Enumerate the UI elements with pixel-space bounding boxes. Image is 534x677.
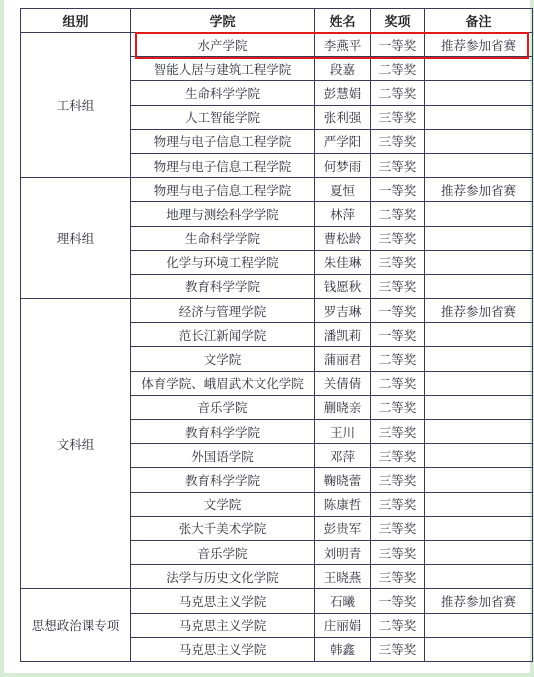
note-cell <box>425 153 533 177</box>
award-cell: 三等奖 <box>371 105 425 129</box>
award-cell: 一等奖 <box>371 299 425 323</box>
college-cell: 教育科学学院 <box>131 468 315 492</box>
award-cell: 三等奖 <box>371 492 425 516</box>
name-cell: 关倩倩 <box>315 371 371 395</box>
award-cell: 二等奖 <box>371 347 425 371</box>
note-cell <box>425 395 533 419</box>
header-note: 备注 <box>425 9 533 33</box>
name-cell: 庄丽娟 <box>315 613 371 637</box>
group-cell: 理科组 <box>21 178 131 299</box>
header-award: 奖项 <box>371 9 425 33</box>
award-cell: 三等奖 <box>371 444 425 468</box>
award-cell: 三等奖 <box>371 250 425 274</box>
award-cell: 三等奖 <box>371 274 425 298</box>
award-cell: 三等奖 <box>371 420 425 444</box>
name-cell: 严学阳 <box>315 129 371 153</box>
note-cell <box>425 105 533 129</box>
award-cell: 二等奖 <box>371 202 425 226</box>
name-cell: 鞠晓蕾 <box>315 468 371 492</box>
award-cell: 三等奖 <box>371 637 425 661</box>
award-cell: 一等奖 <box>371 589 425 613</box>
college-cell: 体育学院、峨眉武术文化学院 <box>131 371 315 395</box>
name-cell: 韩鑫 <box>315 637 371 661</box>
college-cell: 经济与管理学院 <box>131 299 315 323</box>
college-cell: 物理与电子信息工程学院 <box>131 153 315 177</box>
group-cell: 思想政治课专项 <box>21 589 131 662</box>
award-cell: 三等奖 <box>371 129 425 153</box>
name-cell: 彭贵军 <box>315 516 371 540</box>
name-cell: 彭慧娟 <box>315 81 371 105</box>
note-cell <box>425 420 533 444</box>
note-cell: 推荐参加省赛 <box>425 33 533 57</box>
name-cell: 曹松龄 <box>315 226 371 250</box>
name-cell: 夏恒 <box>315 178 371 202</box>
college-cell: 地理与测绘科学学院 <box>131 202 315 226</box>
college-cell: 生命科学学院 <box>131 81 315 105</box>
college-cell: 化学与环境工程学院 <box>131 250 315 274</box>
college-cell: 法学与历史文化学院 <box>131 565 315 589</box>
note-cell <box>425 57 533 81</box>
college-cell: 水产学院 <box>131 33 315 57</box>
table-row: 工科组水产学院李燕平一等奖推荐参加省赛 <box>21 33 533 57</box>
group-cell: 工科组 <box>21 33 131 178</box>
award-cell: 一等奖 <box>371 33 425 57</box>
college-cell: 教育科学学院 <box>131 420 315 444</box>
note-cell <box>425 226 533 250</box>
note-cell <box>425 202 533 226</box>
note-cell <box>425 250 533 274</box>
college-cell: 物理与电子信息工程学院 <box>131 129 315 153</box>
college-cell: 文学院 <box>131 347 315 371</box>
header-name: 姓名 <box>315 9 371 33</box>
award-cell: 二等奖 <box>371 81 425 105</box>
note-cell <box>425 637 533 661</box>
note-cell <box>425 129 533 153</box>
award-cell: 一等奖 <box>371 178 425 202</box>
header-row: 组别 学院 姓名 奖项 备注 <box>21 9 533 33</box>
note-cell <box>425 371 533 395</box>
note-cell <box>425 347 533 371</box>
award-cell: 二等奖 <box>371 613 425 637</box>
award-cell: 三等奖 <box>371 468 425 492</box>
name-cell: 潘凯莉 <box>315 323 371 347</box>
award-cell: 三等奖 <box>371 516 425 540</box>
note-cell <box>425 274 533 298</box>
name-cell: 王川 <box>315 420 371 444</box>
college-cell: 物理与电子信息工程学院 <box>131 178 315 202</box>
college-cell: 马克思主义学院 <box>131 613 315 637</box>
note-cell <box>425 613 533 637</box>
document-page: 组别 学院 姓名 奖项 备注 工科组水产学院李燕平一等奖推荐参加省赛智能人居与建… <box>4 0 530 673</box>
college-cell: 音乐学院 <box>131 540 315 564</box>
college-cell: 人工智能学院 <box>131 105 315 129</box>
name-cell: 王晓燕 <box>315 565 371 589</box>
college-cell: 智能人居与建筑工程学院 <box>131 57 315 81</box>
table-body: 工科组水产学院李燕平一等奖推荐参加省赛智能人居与建筑工程学院段嘉二等奖生命科学学… <box>21 33 533 662</box>
college-cell: 音乐学院 <box>131 395 315 419</box>
note-cell: 推荐参加省赛 <box>425 178 533 202</box>
award-table: 组别 学院 姓名 奖项 备注 工科组水产学院李燕平一等奖推荐参加省赛智能人居与建… <box>20 8 533 662</box>
name-cell: 何梦雨 <box>315 153 371 177</box>
name-cell: 段嘉 <box>315 57 371 81</box>
note-cell <box>425 81 533 105</box>
name-cell: 蒯晓亲 <box>315 395 371 419</box>
note-cell <box>425 468 533 492</box>
college-cell: 张大千美术学院 <box>131 516 315 540</box>
note-cell <box>425 444 533 468</box>
note-cell <box>425 516 533 540</box>
table-row: 理科组物理与电子信息工程学院夏恒一等奖推荐参加省赛 <box>21 178 533 202</box>
college-cell: 范长江新闻学院 <box>131 323 315 347</box>
note-cell <box>425 565 533 589</box>
name-cell: 张利强 <box>315 105 371 129</box>
note-cell <box>425 492 533 516</box>
name-cell: 石曦 <box>315 589 371 613</box>
college-cell: 教育科学学院 <box>131 274 315 298</box>
college-cell: 马克思主义学院 <box>131 637 315 661</box>
award-cell: 一等奖 <box>371 323 425 347</box>
name-cell: 陈康哲 <box>315 492 371 516</box>
note-cell <box>425 540 533 564</box>
college-cell: 马克思主义学院 <box>131 589 315 613</box>
name-cell: 邓萍 <box>315 444 371 468</box>
name-cell: 钱愿秋 <box>315 274 371 298</box>
name-cell: 刘明青 <box>315 540 371 564</box>
name-cell: 朱佳琳 <box>315 250 371 274</box>
table-row: 文科组经济与管理学院罗吉琳一等奖推荐参加省赛 <box>21 299 533 323</box>
table-row: 思想政治课专项马克思主义学院石曦一等奖推荐参加省赛 <box>21 589 533 613</box>
college-cell: 文学院 <box>131 492 315 516</box>
note-cell <box>425 323 533 347</box>
award-cell: 三等奖 <box>371 565 425 589</box>
name-cell: 蒲丽君 <box>315 347 371 371</box>
name-cell: 罗吉琳 <box>315 299 371 323</box>
header-college: 学院 <box>131 9 315 33</box>
header-group: 组别 <box>21 9 131 33</box>
award-cell: 二等奖 <box>371 57 425 81</box>
note-cell: 推荐参加省赛 <box>425 299 533 323</box>
award-cell: 二等奖 <box>371 395 425 419</box>
college-cell: 生命科学学院 <box>131 226 315 250</box>
name-cell: 李燕平 <box>315 33 371 57</box>
award-cell: 二等奖 <box>371 371 425 395</box>
name-cell: 林萍 <box>315 202 371 226</box>
group-cell: 文科组 <box>21 299 131 589</box>
award-cell: 三等奖 <box>371 540 425 564</box>
note-cell: 推荐参加省赛 <box>425 589 533 613</box>
college-cell: 外国语学院 <box>131 444 315 468</box>
award-cell: 三等奖 <box>371 226 425 250</box>
award-cell: 三等奖 <box>371 153 425 177</box>
